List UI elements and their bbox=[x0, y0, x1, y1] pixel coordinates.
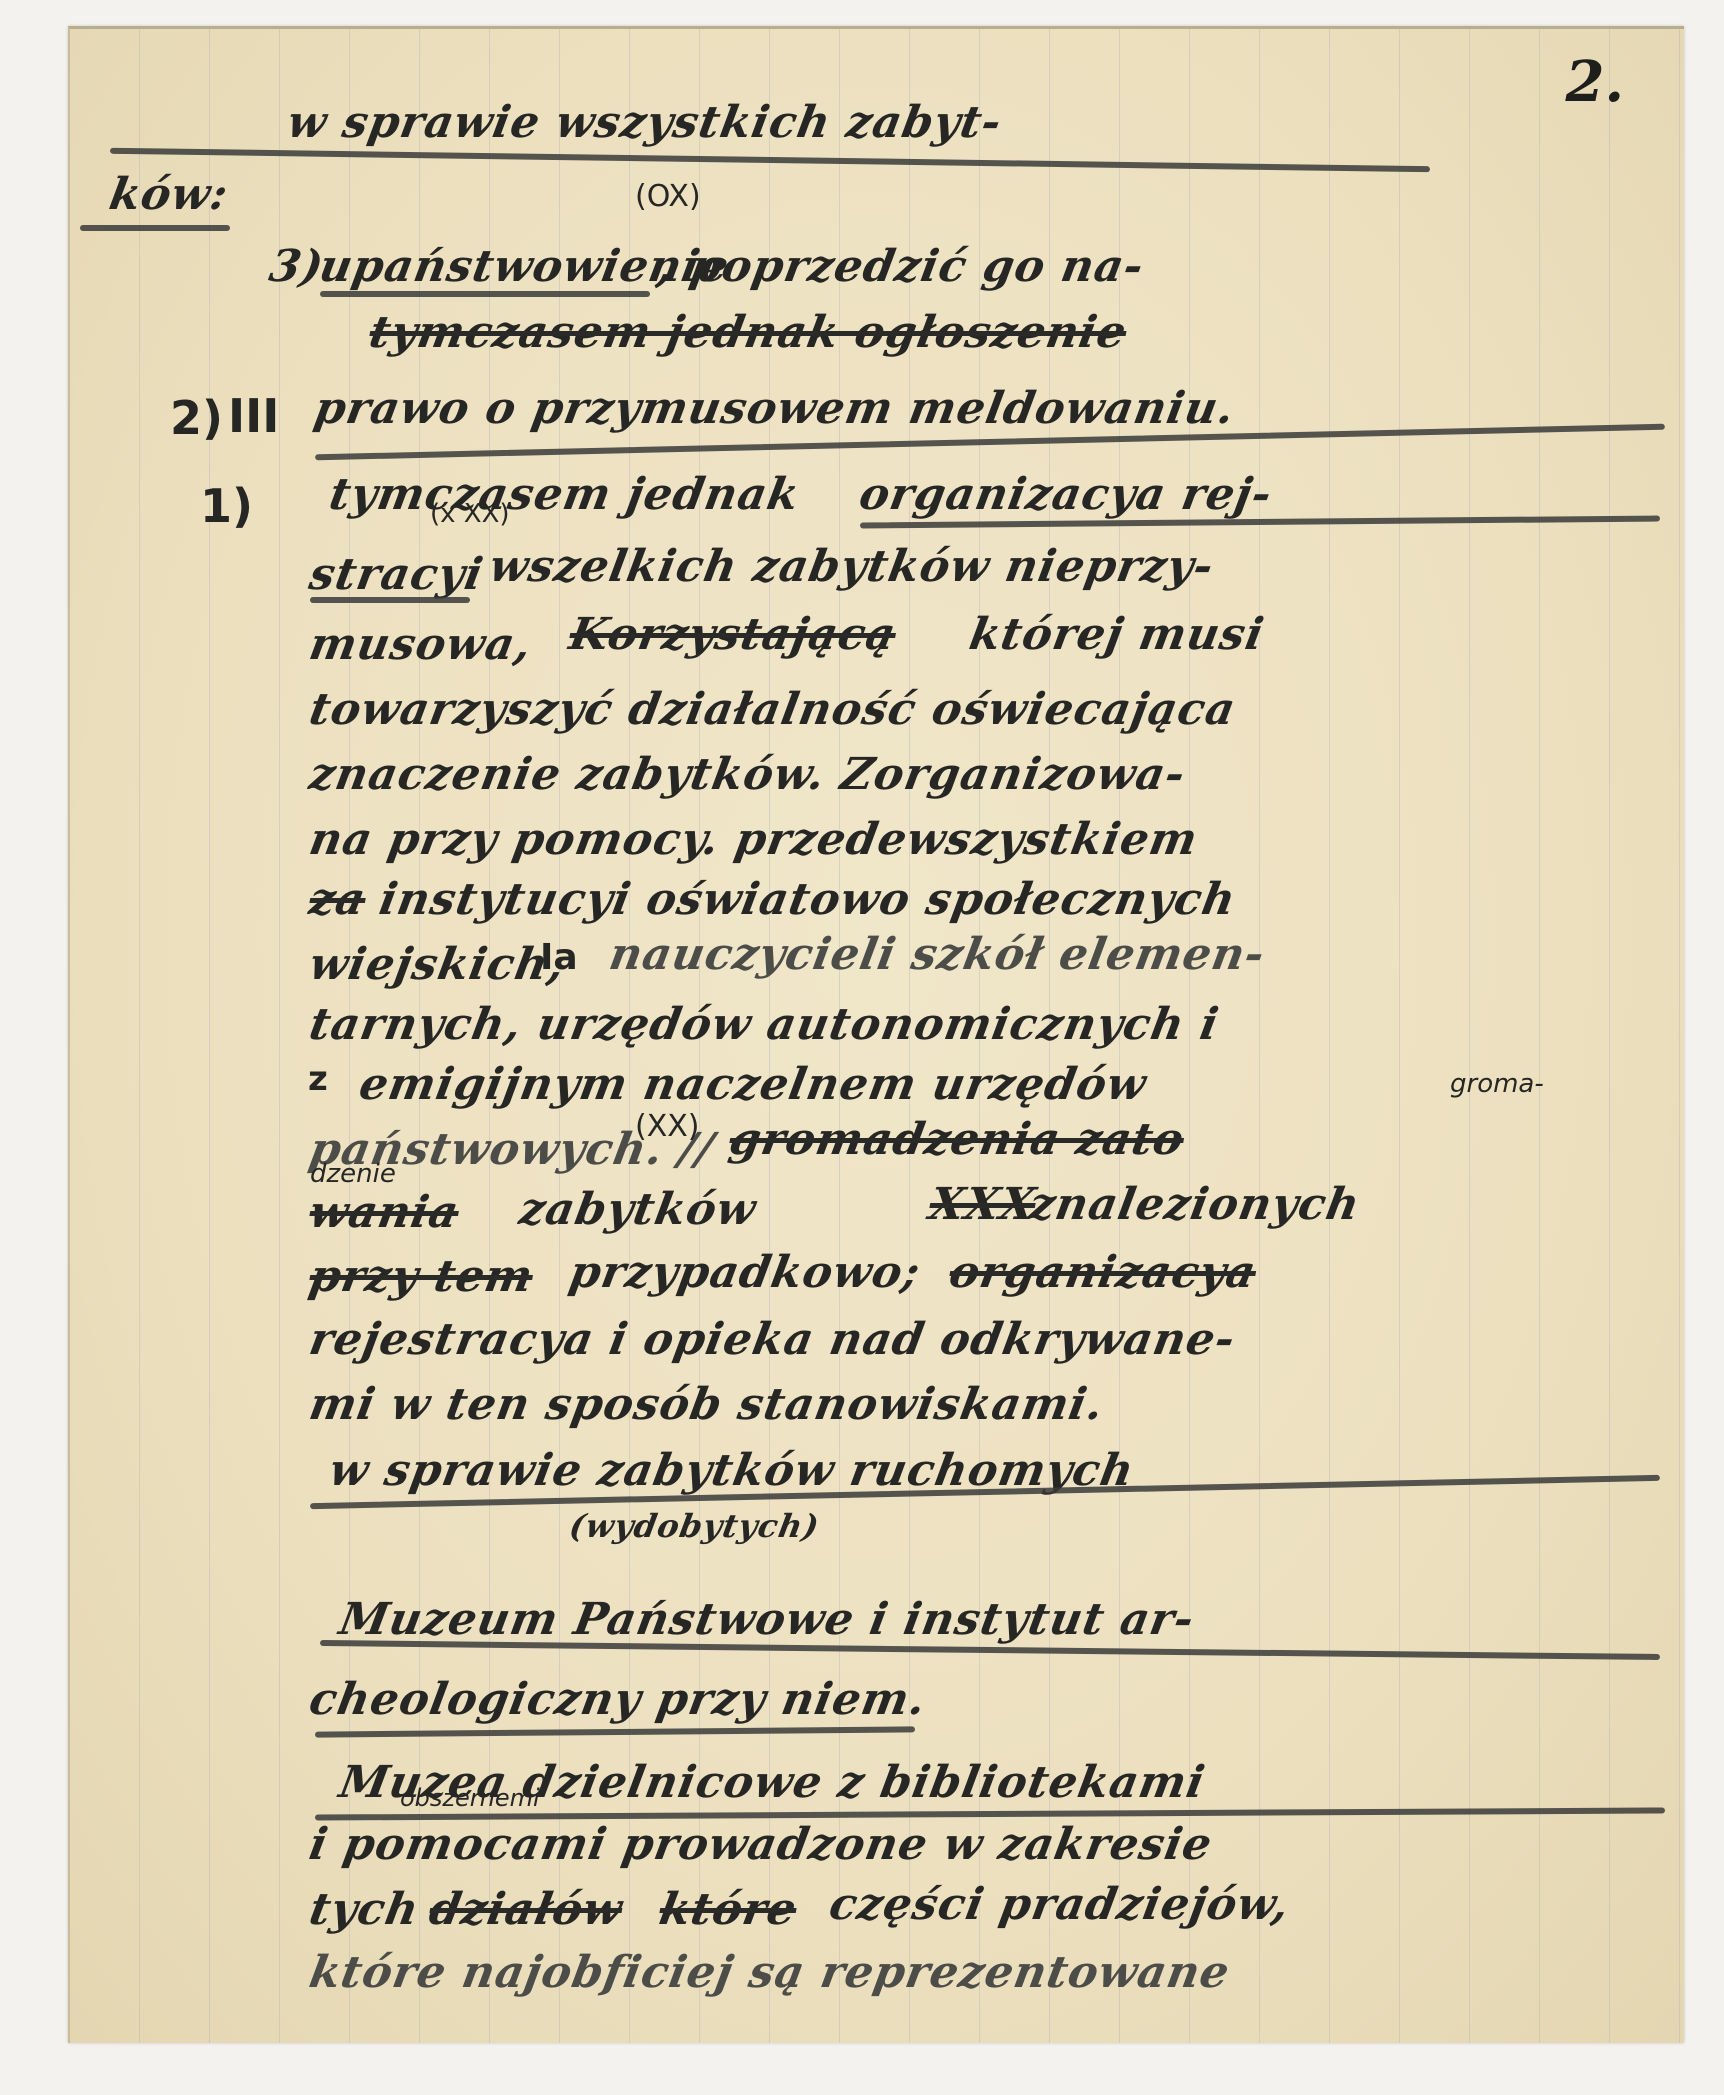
text-line: na przy pomocy. przedewszystkiem bbox=[306, 814, 1202, 865]
underline bbox=[315, 1726, 915, 1737]
margin-mark-iii: III bbox=[228, 389, 279, 443]
text-line: znalezionych bbox=[1026, 1179, 1365, 1230]
text-line: części pradziejów, bbox=[826, 1879, 1294, 1930]
insertion: dzenie bbox=[310, 1159, 396, 1189]
text-line: zabytków bbox=[516, 1184, 761, 1235]
footnote-ref: (XX) bbox=[635, 1109, 700, 1144]
struck-word: Korzystającą bbox=[566, 609, 901, 660]
underline bbox=[110, 148, 1430, 172]
text-line: nauczycieli szkół elemen- bbox=[606, 929, 1269, 980]
text-line: , poprzedzić go na- bbox=[654, 241, 1148, 292]
text-line: wiejskich, bbox=[306, 939, 570, 990]
insertion: gromа- bbox=[1450, 1069, 1544, 1099]
text-line: której musi bbox=[966, 609, 1269, 660]
struck-word: działów bbox=[426, 1884, 627, 1935]
text-line: rejestracya i opieka nad odkrywane- bbox=[306, 1314, 1240, 1365]
footnote-ref: (x XX) bbox=[430, 499, 510, 529]
text-line: organizacya rej- bbox=[856, 469, 1277, 520]
text-line: cheologiczny przy niem. bbox=[306, 1674, 931, 1725]
underline bbox=[320, 291, 650, 297]
text-line: towarzyszyć działalność oświecająca bbox=[306, 684, 1240, 735]
text-line: tymczasem jednak bbox=[326, 469, 804, 520]
struck-word: organizacya bbox=[946, 1247, 1261, 1298]
text-line: które najobficiej są reprezentowane bbox=[306, 1947, 1234, 1998]
margin-number: 2) bbox=[170, 391, 223, 445]
text-line: wszelkich zabytków nieprzy- bbox=[486, 541, 1218, 592]
struck-word: gromadzenia zato bbox=[726, 1114, 1189, 1165]
underline bbox=[80, 225, 230, 231]
margin-mark-ia: Ia bbox=[540, 937, 578, 978]
text-line: (wydobytych) bbox=[567, 1507, 823, 1545]
insertion: obszernemi bbox=[400, 1784, 540, 1812]
text-line: przypadkowo; bbox=[566, 1247, 925, 1298]
margin-mark-z: z bbox=[308, 1059, 328, 1099]
margin-number: 1) bbox=[200, 479, 253, 533]
text-line: tarnych, urzędów autonomicznych i bbox=[306, 999, 1223, 1050]
manuscript-page: 2. w sprawie wszystkich zabyt- ków: 3) u… bbox=[68, 26, 1684, 2043]
text-line: mi w ten sposób stanowiskami. bbox=[306, 1379, 1108, 1430]
heading-line-cont: ków: bbox=[106, 169, 233, 220]
text-line: musowa, bbox=[306, 619, 536, 670]
page-number: 2. bbox=[1566, 49, 1624, 115]
text-line: instytucyi oświatowo społecznych bbox=[376, 874, 1240, 925]
text-line: tych bbox=[306, 1884, 424, 1935]
footnote-ref: (OX) bbox=[635, 179, 701, 214]
text-line: prawo o przymusowem meldowaniu. bbox=[311, 383, 1239, 434]
struck-line: tymczasem jednak ogłoszenie bbox=[366, 307, 1131, 358]
text-line: znaczenie zabytków. Zorganizowa- bbox=[306, 749, 1190, 800]
struck-word: XXX bbox=[926, 1179, 1040, 1230]
heading-line: w sprawie wszystkich zabyt- bbox=[284, 97, 1006, 148]
struck-word: wania bbox=[306, 1187, 464, 1238]
underline bbox=[310, 597, 470, 603]
struck-word: które bbox=[656, 1884, 801, 1935]
text-line: i pomocami prowadzone w zakresie bbox=[306, 1819, 1217, 1870]
text-line: stracyi bbox=[306, 549, 488, 600]
text-line: Muzeum Państwowe i instytut ar- bbox=[336, 1594, 1199, 1645]
struck-word: przy tem bbox=[306, 1251, 538, 1302]
struck-word: za bbox=[306, 874, 370, 925]
text-line: emigijnym naczelnem urzędów bbox=[356, 1059, 1151, 1110]
